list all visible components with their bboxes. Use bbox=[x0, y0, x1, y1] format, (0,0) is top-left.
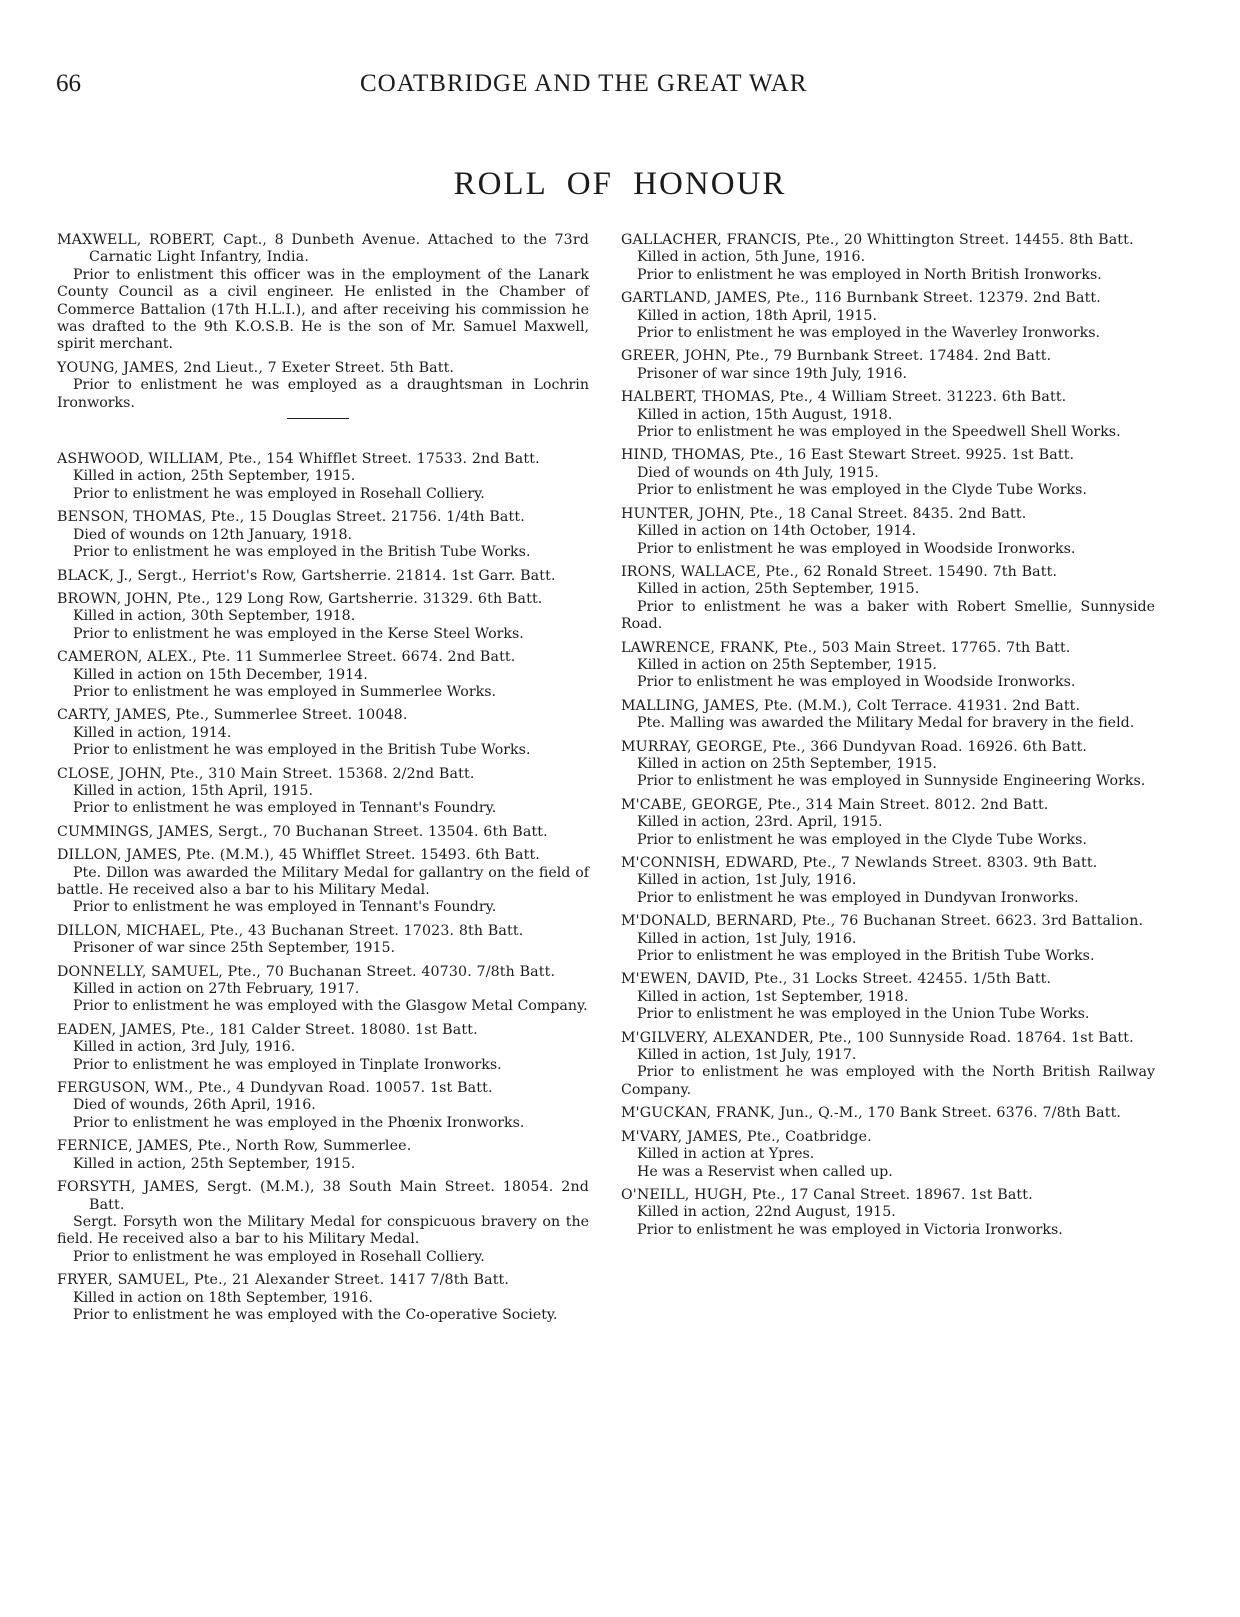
entry-paragraph: Prior to enlistment he was employed as a… bbox=[57, 377, 589, 412]
entry-detail-line: Killed in action, 18th April, 1915. bbox=[621, 308, 1155, 325]
entry-heading: M'GILVERY, ALEXANDER, Pte., 100 Sunnysid… bbox=[621, 1030, 1155, 1047]
entry-heading: MALLING, JAMES, Pte. (M.M.), Colt Terrac… bbox=[621, 698, 1155, 715]
roll-entry: HIND, THOMAS, Pte., 16 East Stewart Stre… bbox=[621, 447, 1155, 499]
entry-detail-line: Killed in action, 1st September, 1918. bbox=[621, 989, 1155, 1006]
entry-heading: HALBERT, THOMAS, Pte., 4 William Street.… bbox=[621, 389, 1155, 406]
roll-entry: FERGUSON, WM., Pte., 4 Dundyvan Road. 10… bbox=[57, 1080, 589, 1132]
section-title: ROLL OF HONOUR bbox=[0, 166, 1240, 203]
entry-heading: BENSON, THOMAS, Pte., 15 Douglas Street.… bbox=[57, 509, 589, 526]
roll-entry: GREER, JOHN, Pte., 79 Burnbank Street. 1… bbox=[621, 348, 1155, 383]
entry-paragraph: Prior to enlistment he was employed in t… bbox=[621, 325, 1155, 342]
entry-detail-line: Killed in action, 25th September, 1915. bbox=[57, 1156, 589, 1173]
roll-entry: FRYER, SAMUEL, Pte., 21 Alexander Street… bbox=[57, 1272, 589, 1324]
entry-detail-line: Prior to enlistment he was employed in t… bbox=[621, 948, 1155, 965]
roll-entry: M'VARY, JAMES, Pte., Coatbridge.Killed i… bbox=[621, 1129, 1155, 1181]
entry-detail-line: Prior to enlistment he was employed in R… bbox=[57, 486, 589, 503]
entry-heading: LAWRENCE, FRANK, Pte., 503 Main Street. … bbox=[621, 640, 1155, 657]
entry-detail-line: Killed in action, 1st July, 1917. bbox=[621, 1047, 1155, 1064]
entry-detail-line: Prior to enlistment he was employed in T… bbox=[57, 1057, 589, 1074]
entry-heading: CARTY, JAMES, Pte., Summerlee Street. 10… bbox=[57, 707, 589, 724]
entry-detail-line: Killed in action on 25th September, 1915… bbox=[621, 756, 1155, 773]
running-title: COATBRIDGE AND THE GREAT WAR bbox=[360, 70, 807, 98]
right-entries-list: GALLACHER, FRANCIS, Pte., 20 Whittington… bbox=[621, 232, 1155, 1239]
entry-detail-line: Killed in action, 1st July, 1916. bbox=[621, 931, 1155, 948]
roll-entry: BROWN, JOHN, Pte., 129 Long Row, Gartshe… bbox=[57, 591, 589, 643]
entry-heading: MURRAY, GEORGE, Pte., 366 Dundyvan Road.… bbox=[621, 739, 1155, 756]
entry-detail-line: Prior to enlistment he was employed in W… bbox=[621, 541, 1155, 558]
right-column: GALLACHER, FRANCIS, Pte., 20 Whittington… bbox=[621, 232, 1155, 1245]
roll-entry: CAMERON, ALEX., Pte. 11 Summerlee Street… bbox=[57, 649, 589, 701]
entry-detail-line: Prior to enlistment he was employed in t… bbox=[621, 832, 1155, 849]
entry-detail-line: Killed in action, 1914. bbox=[57, 725, 589, 742]
officers-list: MAXWELL, ROBERT, Capt., 8 Dunbeth Avenue… bbox=[57, 232, 589, 412]
entry-paragraph: Prior to enlistment this officer was in … bbox=[57, 267, 589, 354]
roll-entry: M'DONALD, BERNARD, Pte., 76 Buchanan Str… bbox=[621, 913, 1155, 965]
entry-detail-line: Died of wounds on 4th July, 1915. bbox=[621, 465, 1155, 482]
entry-heading: M'EWEN, DAVID, Pte., 31 Locks Street. 42… bbox=[621, 971, 1155, 988]
roll-entry: GARTLAND, JAMES, Pte., 116 Burnbank Stre… bbox=[621, 290, 1155, 342]
roll-entry: FORSYTH, JAMES, Sergt. (M.M.), 38 South … bbox=[57, 1179, 589, 1266]
entry-heading: FERGUSON, WM., Pte., 4 Dundyvan Road. 10… bbox=[57, 1080, 589, 1097]
entry-detail-line: Prisoner of war since 19th July, 1916. bbox=[621, 366, 1155, 383]
roll-entry: M'CABE, GEORGE, Pte., 314 Main Street. 8… bbox=[621, 797, 1155, 849]
entry-detail-line: Killed in action, 30th September, 1918. bbox=[57, 608, 589, 625]
entry-detail-line: Killed in action, 15th August, 1918. bbox=[621, 407, 1155, 424]
roll-entry: M'GUCKAN, FRANK, Jun., Q.-M., 170 Bank S… bbox=[621, 1105, 1155, 1122]
entry-paragraph: Prior to enlistment he was employed in S… bbox=[621, 773, 1155, 790]
roll-entry: DILLON, JAMES, Pte. (M.M.), 45 Whifflet … bbox=[57, 847, 589, 917]
roll-entry: YOUNG, JAMES, 2nd Lieut., 7 Exeter Stree… bbox=[57, 360, 589, 412]
entry-detail-line: Killed in action on 14th October, 1914. bbox=[621, 523, 1155, 540]
left-entries-list: ASHWOOD, WILLIAM, Pte., 154 Whifflet Str… bbox=[57, 451, 589, 1324]
entry-detail-line: Died of wounds on 12th January, 1918. bbox=[57, 527, 589, 544]
entry-heading: FORSYTH, JAMES, Sergt. (M.M.), 38 South … bbox=[57, 1179, 589, 1214]
entry-paragraph: Pte. Malling was awarded the Military Me… bbox=[621, 715, 1155, 732]
entry-heading: CLOSE, JOHN, Pte., 310 Main Street. 1536… bbox=[57, 766, 589, 783]
entry-detail-line: Killed in action, 25th September, 1915. bbox=[57, 468, 589, 485]
roll-entry: EADEN, JAMES, Pte., 181 Calder Street. 1… bbox=[57, 1022, 589, 1074]
entry-heading: MAXWELL, ROBERT, Capt., 8 Dunbeth Avenue… bbox=[57, 232, 589, 267]
roll-entry: MAXWELL, ROBERT, Capt., 8 Dunbeth Avenue… bbox=[57, 232, 589, 354]
entry-paragraph: Prior to enlistment he was employed in T… bbox=[57, 899, 589, 916]
entry-heading: IRONS, WALLACE, Pte., 62 Ronald Street. … bbox=[621, 564, 1155, 581]
entry-heading: HIND, THOMAS, Pte., 16 East Stewart Stre… bbox=[621, 447, 1155, 464]
entry-paragraph: Prior to enlistment he was employed in t… bbox=[57, 742, 589, 759]
entry-heading: DONNELLY, SAMUEL, Pte., 70 Buchanan Stre… bbox=[57, 964, 589, 981]
entry-detail-line: Killed in action, 23rd. April, 1915. bbox=[621, 814, 1155, 831]
roll-entry: BLACK, J., Sergt., Herriot's Row, Gartsh… bbox=[57, 568, 589, 585]
entry-heading: YOUNG, JAMES, 2nd Lieut., 7 Exeter Stree… bbox=[57, 360, 589, 377]
roll-entry: CARTY, JAMES, Pte., Summerlee Street. 10… bbox=[57, 707, 589, 759]
roll-entry: DILLON, MICHAEL, Pte., 43 Buchanan Stree… bbox=[57, 923, 589, 958]
entry-heading: O'NEILL, HUGH, Pte., 17 Canal Street. 18… bbox=[621, 1187, 1155, 1204]
entry-paragraph: Prior to enlistment he was employed with… bbox=[57, 998, 589, 1015]
entry-paragraph: Prior to enlistment he was employed with… bbox=[621, 1064, 1155, 1099]
entry-heading: BLACK, J., Sergt., Herriot's Row, Gartsh… bbox=[57, 568, 589, 585]
entry-detail-line: Killed in action, 25th September, 1915. bbox=[621, 581, 1155, 598]
entry-paragraph: Prior to enlistment he was employed in t… bbox=[621, 424, 1155, 441]
entry-detail-line: Prior to enlistment he was employed in V… bbox=[621, 1222, 1155, 1239]
entry-heading: M'GUCKAN, FRANK, Jun., Q.-M., 170 Bank S… bbox=[621, 1105, 1155, 1122]
entry-detail-line: Died of wounds, 26th April, 1916. bbox=[57, 1097, 589, 1114]
entry-heading: GARTLAND, JAMES, Pte., 116 Burnbank Stre… bbox=[621, 290, 1155, 307]
page-number: 66 bbox=[56, 70, 81, 98]
entry-heading: CAMERON, ALEX., Pte. 11 Summerlee Street… bbox=[57, 649, 589, 666]
entry-detail-line: Killed in action, 22nd August, 1915. bbox=[621, 1204, 1155, 1221]
entry-detail-line: Prior to enlistment he was employed in t… bbox=[57, 1115, 589, 1132]
roll-entry: M'CONNISH, EDWARD, Pte., 7 Newlands Stre… bbox=[621, 855, 1155, 907]
entry-paragraph: Prior to enlistment he was employed with… bbox=[57, 1307, 589, 1324]
entry-detail-line: Killed in action, 15th April, 1915. bbox=[57, 783, 589, 800]
roll-entry: BENSON, THOMAS, Pte., 15 Douglas Street.… bbox=[57, 509, 589, 561]
entry-detail-line: Killed in action, 5th June, 1916. bbox=[621, 249, 1155, 266]
entry-heading: FRYER, SAMUEL, Pte., 21 Alexander Street… bbox=[57, 1272, 589, 1289]
roll-entry: FERNICE, JAMES, Pte., North Row, Summerl… bbox=[57, 1138, 589, 1173]
entry-detail-line: Killed in action on 18th September, 1916… bbox=[57, 1290, 589, 1307]
roll-entry: LAWRENCE, FRANK, Pte., 503 Main Street. … bbox=[621, 640, 1155, 692]
section-divider bbox=[287, 418, 349, 419]
entry-heading: DILLON, MICHAEL, Pte., 43 Buchanan Stree… bbox=[57, 923, 589, 940]
roll-entry: CLOSE, JOHN, Pte., 310 Main Street. 1536… bbox=[57, 766, 589, 818]
entry-heading: DILLON, JAMES, Pte. (M.M.), 45 Whifflet … bbox=[57, 847, 589, 864]
entry-detail-line: Killed in action on 15th December, 1914. bbox=[57, 667, 589, 684]
roll-entry: ASHWOOD, WILLIAM, Pte., 154 Whifflet Str… bbox=[57, 451, 589, 503]
entry-paragraph: Pte. Dillon was awarded the Military Med… bbox=[57, 865, 589, 900]
entry-detail-line: Prior to enlistment he was employed in W… bbox=[621, 674, 1155, 691]
entry-heading: FERNICE, JAMES, Pte., North Row, Summerl… bbox=[57, 1138, 589, 1155]
roll-entry: HALBERT, THOMAS, Pte., 4 William Street.… bbox=[621, 389, 1155, 441]
entry-heading: EADEN, JAMES, Pte., 181 Calder Street. 1… bbox=[57, 1022, 589, 1039]
entry-heading: M'CONNISH, EDWARD, Pte., 7 Newlands Stre… bbox=[621, 855, 1155, 872]
entry-detail-line: Prisoner of war since 25th September, 19… bbox=[57, 940, 589, 957]
roll-entry: MURRAY, GEORGE, Pte., 366 Dundyvan Road.… bbox=[621, 739, 1155, 791]
roll-entry: IRONS, WALLACE, Pte., 62 Ronald Street. … bbox=[621, 564, 1155, 634]
entry-detail-line: Prior to enlistment he was employed in N… bbox=[621, 267, 1155, 284]
entry-detail-line: He was a Reservist when called up. bbox=[621, 1164, 1155, 1181]
entry-detail-line: Killed in action on 27th February, 1917. bbox=[57, 981, 589, 998]
roll-entry: CUMMINGS, JAMES, Sergt., 70 Buchanan Str… bbox=[57, 824, 589, 841]
entry-heading: GREER, JOHN, Pte., 79 Burnbank Street. 1… bbox=[621, 348, 1155, 365]
roll-entry: HUNTER, JOHN, Pte., 18 Canal Street. 843… bbox=[621, 506, 1155, 558]
entry-paragraph: Sergt. Forsyth won the Military Medal fo… bbox=[57, 1214, 589, 1249]
entry-heading: BROWN, JOHN, Pte., 129 Long Row, Gartshe… bbox=[57, 591, 589, 608]
entry-detail-line: Killed in action at Ypres. bbox=[621, 1146, 1155, 1163]
entry-detail-line: Killed in action on 25th September, 1915… bbox=[621, 657, 1155, 674]
entry-detail-line: Prior to enlistment he was employed in S… bbox=[57, 684, 589, 701]
entry-heading: ASHWOOD, WILLIAM, Pte., 154 Whifflet Str… bbox=[57, 451, 589, 468]
entry-heading: CUMMINGS, JAMES, Sergt., 70 Buchanan Str… bbox=[57, 824, 589, 841]
entry-detail-line: Prior to enlistment he was employed in t… bbox=[57, 626, 589, 643]
roll-entry: MALLING, JAMES, Pte. (M.M.), Colt Terrac… bbox=[621, 698, 1155, 733]
roll-entry: O'NEILL, HUGH, Pte., 17 Canal Street. 18… bbox=[621, 1187, 1155, 1239]
entry-heading: M'CABE, GEORGE, Pte., 314 Main Street. 8… bbox=[621, 797, 1155, 814]
entry-heading: M'VARY, JAMES, Pte., Coatbridge. bbox=[621, 1129, 1155, 1146]
roll-entry: GALLACHER, FRANCIS, Pte., 20 Whittington… bbox=[621, 232, 1155, 284]
left-column: MAXWELL, ROBERT, Capt., 8 Dunbeth Avenue… bbox=[57, 232, 589, 1330]
entry-paragraph: Prior to enlistment he was employed in t… bbox=[57, 544, 589, 561]
entry-heading: HUNTER, JOHN, Pte., 18 Canal Street. 843… bbox=[621, 506, 1155, 523]
entry-detail-line: Prior to enlistment he was employed in T… bbox=[57, 800, 589, 817]
roll-entry: M'EWEN, DAVID, Pte., 31 Locks Street. 42… bbox=[621, 971, 1155, 1023]
entry-detail-line: Prior to enlistment he was employed in D… bbox=[621, 890, 1155, 907]
roll-entry: M'GILVERY, ALEXANDER, Pte., 100 Sunnysid… bbox=[621, 1030, 1155, 1100]
entry-detail-line: Prior to enlistment he was employed in t… bbox=[621, 482, 1155, 499]
entry-detail-line: Killed in action, 3rd July, 1916. bbox=[57, 1039, 589, 1056]
roll-entry: DONNELLY, SAMUEL, Pte., 70 Buchanan Stre… bbox=[57, 964, 589, 1016]
entry-heading: M'DONALD, BERNARD, Pte., 76 Buchanan Str… bbox=[621, 913, 1155, 930]
entry-detail-line: Prior to enlistment he was employed in t… bbox=[621, 1006, 1155, 1023]
entry-heading: GALLACHER, FRANCIS, Pte., 20 Whittington… bbox=[621, 232, 1155, 249]
entry-paragraph: Prior to enlistment he was employed in R… bbox=[57, 1249, 589, 1266]
entry-detail-line: Killed in action, 1st July, 1916. bbox=[621, 872, 1155, 889]
entry-paragraph: Prior to enlistment he was a baker with … bbox=[621, 599, 1155, 634]
